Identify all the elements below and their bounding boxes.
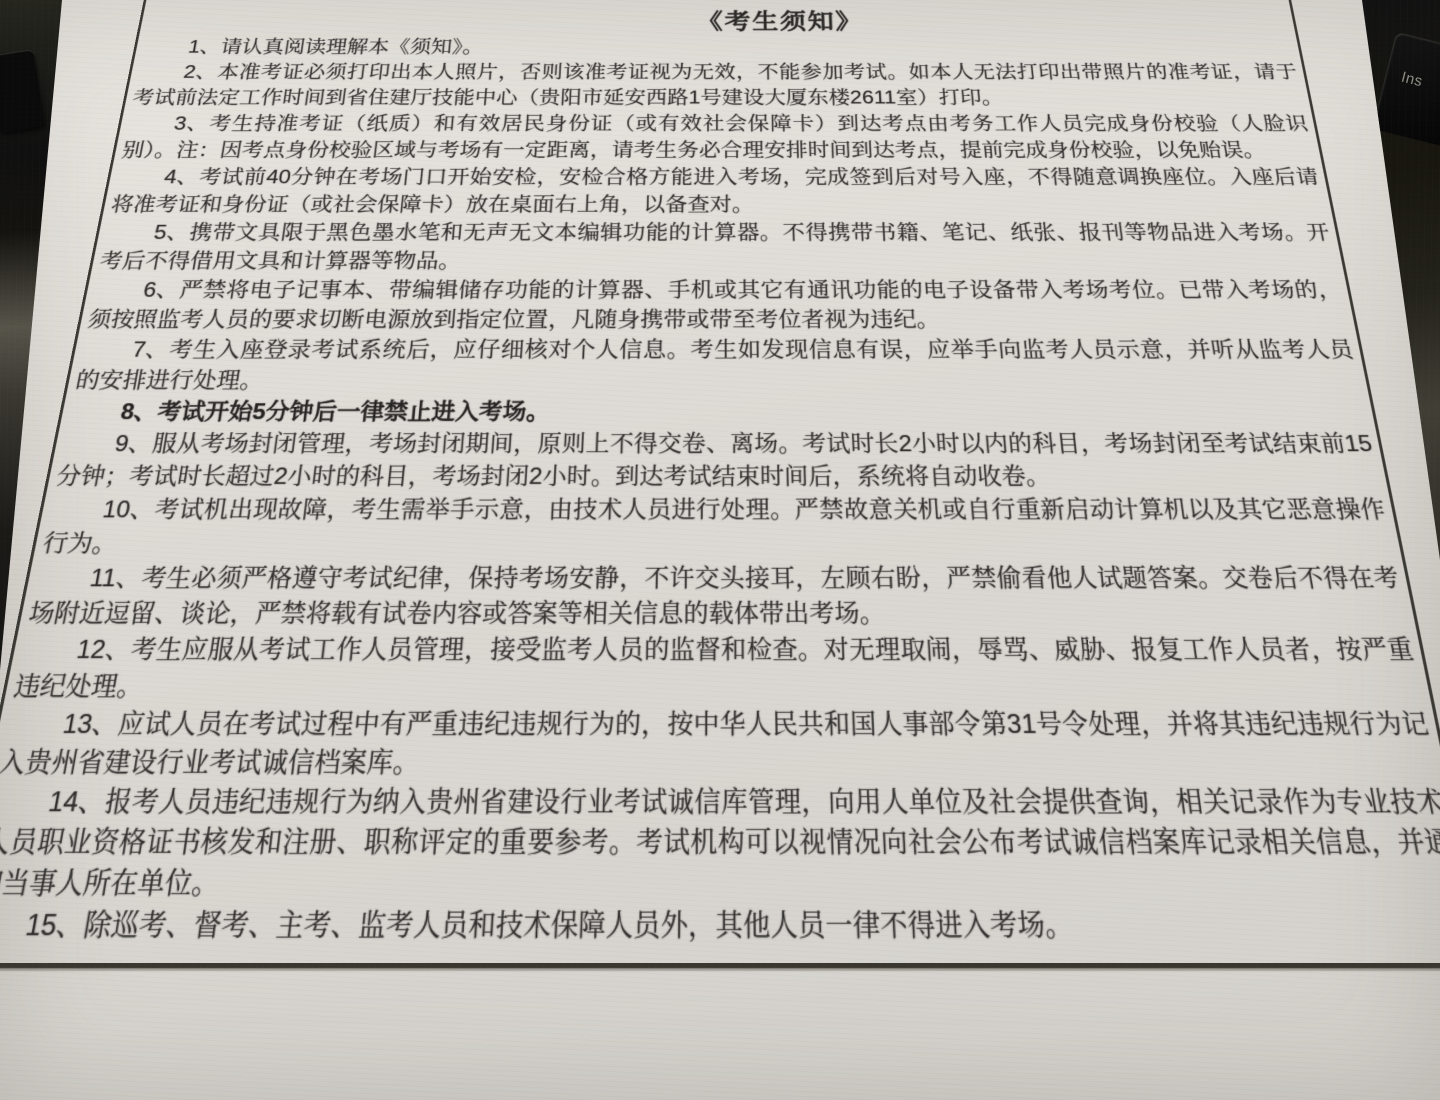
notice-item-9: 9、服从考场封闭管理，考场封闭期间，原则上不得交卷、离场。考试时长2小时以内的科…	[53, 428, 1381, 493]
notice-item-12: 12、考生应服从考试工作人员管理，接受监考人员的监督和检查。对无理取闹，辱骂、威…	[11, 632, 1425, 706]
notice-item-15: 15、除巡考、督考、主考、监考人员和技术保障人员外，其他人员一律不得进入考场。	[0, 905, 1440, 948]
notice-item-5: 5、携带文具限于黑色墨水笔和无声无文本编辑功能的计算器。不得携带书籍、笔记、纸张…	[97, 219, 1338, 276]
notice-item-1: 1、请认真阅读理解本《须知》。	[140, 35, 1294, 60]
notice-item-8: 8、考试开始5分钟后一律禁止进入考场。	[66, 397, 1368, 429]
notice-item-13: 13、应试人员在考试过程中有严重违纪违规行为的，按中华人民共和国人事部令第31号…	[0, 706, 1440, 783]
photo-of-exam-notice: 《考生须知》 1、请认真阅读理解本《须知》。 2、本准考证必须打印出本人照片，否…	[0, 0, 1440, 1100]
notice-item-2: 2、本准考证必须打印出本人照片，否则该准考证视为无效，不能参加考试。如本人无法打…	[130, 60, 1305, 111]
notice-item-4: 4、考试前40分钟在考场门口开始安检，安检合格方能进入考场，完成签到后对号入座，…	[108, 164, 1326, 219]
notice-item-3: 3、考生持准考证（纸质）和有效居民身份证（或有效社会保障卡）到达考点由考务工作人…	[119, 111, 1315, 164]
notice-item-10: 10、考试机出现故障，考生需举手示意，由技术人员进行处理。严禁故意关机或自行重新…	[40, 494, 1396, 562]
notice-item-11: 11、考生必须严格遵守考试纪律，保持考场安静，不许交头接耳，左顾右盼，严禁偷看他…	[25, 562, 1409, 633]
notice-item-6: 6、严禁将电子记事本、带编辑储存功能的计算器、手机或其它有通讯功能的电子设备带入…	[85, 276, 1350, 335]
table-border-bottom	[0, 963, 1440, 968]
notice-body: 1、请认真阅读理解本《须知》。 2、本准考证必须打印出本人照片，否则该准考证视为…	[0, 34, 1440, 948]
page-title: 《考生须知》	[200, 1, 1361, 34]
notice-table: 《考生须知》 1、请认真阅读理解本《须知》。 2、本准考证必须打印出本人照片，否…	[0, 1, 1440, 1086]
notice-item-14: 14、报考人员违纪违规行为纳入贵州省建设行业考试诚信库管理，向用人单位及社会提供…	[0, 783, 1440, 905]
notice-item-7: 7、考生入座登录考试系统后，应仔细核对个人信息。考生如发现信息有误，应举手向监考…	[73, 335, 1362, 397]
